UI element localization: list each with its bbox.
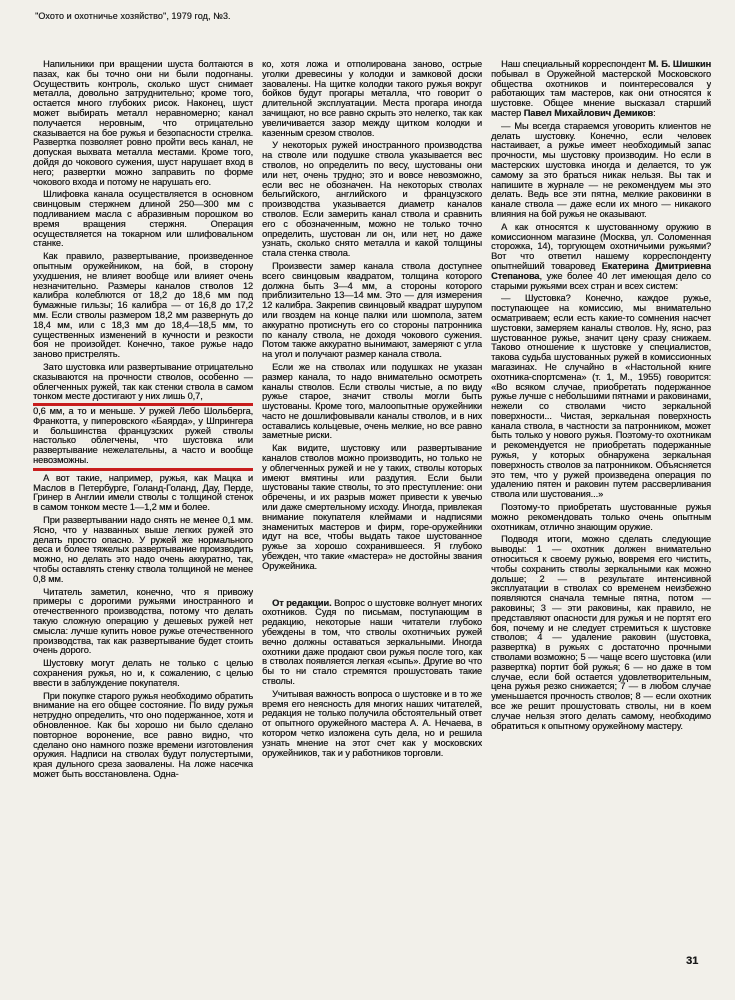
highlight-box: 0,6 мм, а то и меньше. У ружей Лебо Шоль… [33, 403, 253, 471]
master-name: Павел Михайлович Демиков [524, 108, 653, 118]
magazine-header: "Охото и охотничье хозяйство", 1979 год,… [35, 11, 231, 21]
paragraph: Напильники при вращении шуста болтаются … [33, 60, 253, 187]
paragraph: При развертывании надо снять не менее 0,… [33, 516, 253, 585]
paragraph: — Шустовка? Конечно, каждое ружье, посту… [491, 294, 711, 500]
paragraph: Если же на стволах или подушках не указа… [262, 363, 482, 441]
paragraph: Как видите, шустовку или развертывание к… [262, 444, 482, 571]
editors-note-lead: От редакции. [272, 598, 332, 608]
paragraph: Как правило, развертывание, произведенно… [33, 252, 253, 360]
paragraph: Читатель заметил, конечно, что я привожу… [33, 588, 253, 657]
paragraph: У некоторых ружей иностранного производс… [262, 141, 482, 259]
paragraph: А вот такие, например, ружья, как Мацка … [33, 474, 253, 513]
paragraph: Зато шустовка или развертывание отрицате… [33, 363, 253, 402]
paragraph: А как относятся к шустованному оружию в … [491, 223, 711, 292]
left-column: Напильники при вращении шуста болтаются … [33, 60, 253, 962]
paragraph: Произвести замер канала ствола доступнее… [262, 262, 482, 360]
paragraph: Шлифовка канала осуществляется в основно… [33, 190, 253, 249]
paragraph-text: Наш специальный корреспондент [501, 60, 648, 69]
right-column: Наш специальный корреспондент М. Б. Шишк… [491, 60, 711, 962]
paragraph: — Мы всегда стараемся уговорить клиентов… [491, 122, 711, 220]
paragraph: Шустовку могут делать не только с целью … [33, 659, 253, 688]
paragraph: При покупке старого ружья необходимо обр… [33, 692, 253, 780]
editors-note-text: Вопрос о шустовке волнует многих охотник… [262, 598, 482, 686]
magazine-page: "Охото и охотничье хозяйство", 1979 год,… [0, 0, 735, 1000]
paragraph: Поэтому-то приобретать шустованные ружья… [491, 503, 711, 532]
editors-note: От редакции. Вопрос о шустовке волнует м… [262, 599, 482, 687]
paragraph: Наш специальный корреспондент М. Б. Шишк… [491, 60, 711, 119]
correspondent-name: М. Б. Шишкин [648, 60, 711, 69]
paragraph: Подводя итоги, можно сделать следующие в… [491, 535, 711, 731]
middle-column: ко, хотя ложа и отполирована заново, ост… [262, 60, 482, 962]
paragraph-text: : [653, 108, 655, 118]
paragraph: Учитывая важность вопроса о шустовке и в… [262, 690, 482, 759]
article-columns: Напильники при вращении шуста болтаются … [33, 60, 711, 962]
page-number: 31 [686, 955, 698, 967]
paragraph: ко, хотя ложа и отполирована заново, ост… [262, 60, 482, 138]
